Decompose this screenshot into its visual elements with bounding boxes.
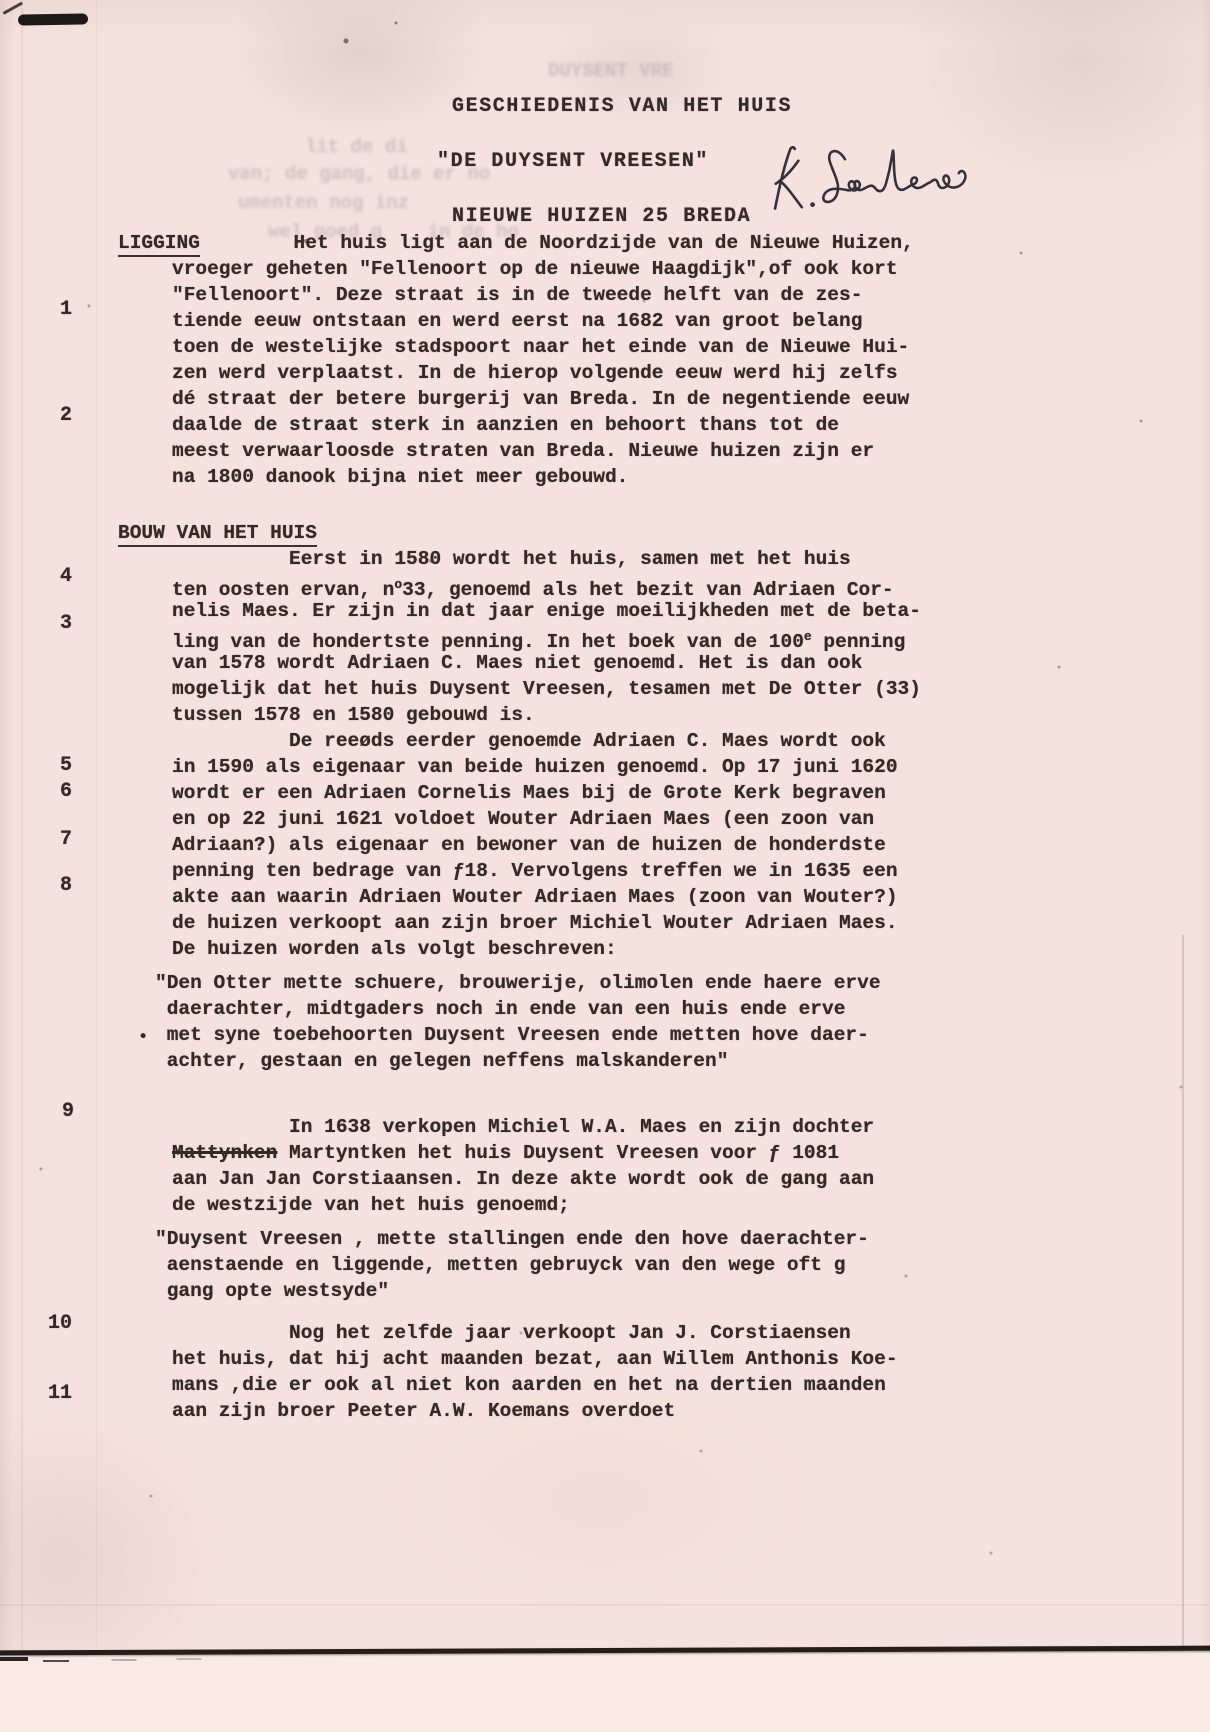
text-line: ten oosten ervan, no33, genoemd als het … [172,572,998,598]
text-segment: penning ten bedrage van ƒ18. Vervolgens … [172,860,898,882]
text-segment: de huizen verkoopt aan zijn broer Michie… [172,912,898,934]
text-segment: aan zijn broer Peeter A.W. Koemans overd… [172,1400,675,1422]
margin-number: 2 [60,404,72,427]
superscript: o [394,577,402,592]
text-line: het huis, dat hij acht maanden bezat, aa… [172,1346,998,1372]
text-line: ling van de hondertste penning. In het b… [172,624,998,650]
text-segment: na 1800 danook bijna niet meer gebouwd. [172,466,628,488]
text-line: nelis Maes. Er zijn in dat jaar enige mo… [172,598,998,624]
text-segment: Adriaan?) als eigenaar en bewoner van de… [172,834,886,856]
text-segment: toen de westelijke stadspoort naar het e… [172,336,909,358]
text-line: aan Jan Jan Corstiaansen. In deze akte w… [172,1166,998,1192]
text-segment: achter, gestaan en gelegen neffens malsk… [155,1050,728,1072]
text-segment: tiende eeuw ontstaan en werd eerst na 16… [172,310,862,332]
text-line: mans ,die er ook al niet kon aarden en h… [172,1372,998,1398]
fold-crease [1182,935,1184,1651]
text-line: en op 22 juni 1621 voldoet Wouter Adriae… [172,806,998,832]
page-subtitle-house-name: "DE DUYSENT VREESEN" [437,150,709,173]
text-line: de westzijde van het huis genoemd; [172,1192,998,1218]
text-segment: daerachter, midtgaders noch in ende van … [155,998,845,1020]
fold-crease [21,0,23,1653]
text-line: Mattynken Martyntken het huis Duysent Vr… [172,1140,998,1166]
text-segment: de westzijde van het huis genoemd; [172,1194,570,1216]
text-segment: daalde de straat sterk in aanzien en beh… [172,414,839,436]
text-line: vroeger geheten "Fellenoort op de nieuwe… [172,256,998,282]
underlined-heading: BOUW VAN HET HUIS [118,522,317,547]
quote-line: achter, gestaan en gelegen neffens malsk… [155,1048,998,1074]
text-segment: "Den Otter mette schuere, brouwerije, ol… [155,972,881,994]
text-segment: In 1638 verkopen Michiel W.A. Maes en zi… [172,1116,874,1138]
text-line: toen de westelijke stadspoort naar het e… [172,334,998,360]
quote-line: "Den Otter mette schuere, brouwerije, ol… [155,970,998,996]
text-line: In 1638 verkopen Michiel W.A. Maes en zi… [172,1114,998,1140]
page-title: GESCHIEDENIS VAN HET HUIS [452,95,792,118]
quote-line: "Duysent Vreesen , mette stallingen ende… [155,1226,998,1252]
paper-specks [0,0,2,2]
text-line: de huizen verkoopt aan zijn broer Michie… [172,910,998,936]
text-line: in 1590 als eigenaar van beide huizen ge… [172,754,998,780]
text-segment: in 1590 als eigenaar van beide huizen ge… [172,756,898,778]
section-heading-line: BOUW VAN HET HUIS [118,520,998,546]
text-segment: mans ,die er ook al niet kon aarden en h… [172,1374,886,1396]
text-segment: akte aan waarin Adriaen Wouter Adriaen M… [172,886,898,908]
text-line: Nog het zelfde jaar verkoopt Jan J. Cors… [172,1320,998,1346]
text-segment: meest verwaarloosde straten van Breda. N… [172,440,874,462]
margin-number: 4 [60,565,72,588]
bleed-through-text: umenten nog inz [238,192,409,214]
text-segment: gang opte westsyde" [155,1280,389,1302]
margin-number: 1 [60,298,72,321]
fold-crease [96,0,97,1650]
text-segment: en op 22 juni 1621 voldoet Wouter Adriae… [172,808,874,830]
signature-text: K. Leenders [752,136,753,137]
text-line: De huizen worden als volgt beschreven: [172,936,998,962]
text-line: daalde de straat sterk in aanzien en beh… [172,412,998,438]
text-segment: Martyntken het huis Duysent Vreesen voor… [277,1142,839,1164]
text-segment: met syne toebehoorten Duysent Vreesen en… [155,1024,869,1046]
text-segment: Het huis ligt aan de Noordzijde van de N… [200,232,914,254]
text-line: zen werd verplaatst. In de hierop volgen… [172,360,998,386]
text-line: "Fellenoort". Deze straat is in de tweed… [172,282,998,308]
margin-number: 8 [60,874,72,897]
text-line: tussen 1578 en 1580 gebouwd is. [172,702,998,728]
text-line: mogelijk dat het huis Duysent Vreesen, t… [172,676,998,702]
margin-number: 7 [60,828,72,851]
paragraph-gap [118,1304,998,1320]
text-segment: "Duysent Vreesen , mette stallingen ende… [155,1228,869,1250]
margin-number: 3 [60,612,72,635]
text-segment: aan Jan Jan Corstiaansen. In deze akte w… [172,1168,874,1190]
staple-mark [18,13,88,25]
text-segment: zen werd verplaatst. In de hierop volgen… [172,362,898,384]
text-segment: vroeger geheten "Fellenoort op de nieuwe… [172,258,898,280]
margin-number: 10 [48,1312,72,1335]
text-line: wordt er een Adriaen Cornelis Maes bij d… [172,780,998,806]
signature-strokes [750,130,983,234]
text-line: akte aan waarin Adriaen Wouter Adriaen M… [172,884,998,910]
paragraph-gap [118,1218,998,1226]
text-line: Eerst in 1580 wordt het huis, samen met … [172,546,998,572]
paragraph-gap [118,962,998,970]
struck-word: Mattynken [172,1142,277,1164]
underlined-heading: LIGGING [118,232,200,257]
quote-line: met syne toebehoorten Duysent Vreesen en… [155,1022,998,1048]
paragraph-gap [118,1074,998,1114]
page-subtitle-address: NIEUWE HUIZEN 25 BREDA [452,205,751,228]
section-heading-line: LIGGING Het huis ligt aan de Noordzijde … [118,230,998,256]
fold-crease [0,1604,1210,1606]
margin-number: 6 [60,780,72,803]
margin-number: 11 [48,1382,72,1405]
text-line: Adriaan?) als eigenaar en bewoner van de… [172,832,998,858]
bleed-through-text: lit de di [305,136,408,158]
margin-number: 9 [62,1100,74,1123]
margin-number: 5 [60,754,72,777]
paragraph-gap [118,490,998,520]
text-segment: De reeøds eerder genoemde Adriaen C. Mae… [172,730,886,752]
text-segment: tussen 1578 en 1580 gebouwd is. [172,704,535,726]
text-line: penning ten bedrage van ƒ18. Vervolgens … [172,858,998,884]
quote-line: daerachter, midtgaders noch in ende van … [155,996,998,1022]
document-body: LIGGING Het huis ligt aan de Noordzijde … [118,230,998,1424]
text-line: dé straat der betere burgerij van Breda.… [172,386,998,412]
text-segment: van 1578 wordt Adriaen C. Maes niet geno… [172,652,862,674]
quote-line: aenstaende en liggende, metten gebruyck … [155,1252,998,1278]
text-line: De reeøds eerder genoemde Adriaen C. Mae… [172,728,998,754]
text-line: tiende eeuw ontstaan en werd eerst na 16… [172,308,998,334]
text-segment: wordt er een Adriaen Cornelis Maes bij d… [172,782,886,804]
superscript: e [804,629,812,644]
text-segment: nelis Maes. Er zijn in dat jaar enige mo… [172,600,921,622]
text-segment: het huis, dat hij acht maanden bezat, aa… [172,1348,898,1370]
text-line: na 1800 danook bijna niet meer gebouwd. [172,464,998,490]
text-segment: Eerst in 1580 wordt het huis, samen met … [172,548,851,570]
text-segment: De huizen worden als volgt beschreven: [172,938,617,960]
text-line: aan zijn broer Peeter A.W. Koemans overd… [172,1398,998,1424]
text-line: meest verwaarloosde straten van Breda. N… [172,438,998,464]
text-segment: dé straat der betere burgerij van Breda.… [172,388,909,410]
text-segment: Nog het zelfde jaar verkoopt Jan J. Cors… [172,1322,851,1344]
signature-k-leenders: K. Leenders [752,136,980,228]
text-segment: mogelijk dat het huis Duysent Vreesen, t… [172,678,921,700]
text-segment: aenstaende en liggende, metten gebruyck … [155,1254,845,1276]
bleed-through-text: DUYSENT VRE [548,60,673,82]
text-segment: "Fellenoort". Deze straat is in de tweed… [172,284,862,306]
quote-line: gang opte westsyde" [155,1278,998,1304]
text-line: van 1578 wordt Adriaen C. Maes niet geno… [172,650,998,676]
page-bottom-edge-dashes [0,1657,28,1661]
